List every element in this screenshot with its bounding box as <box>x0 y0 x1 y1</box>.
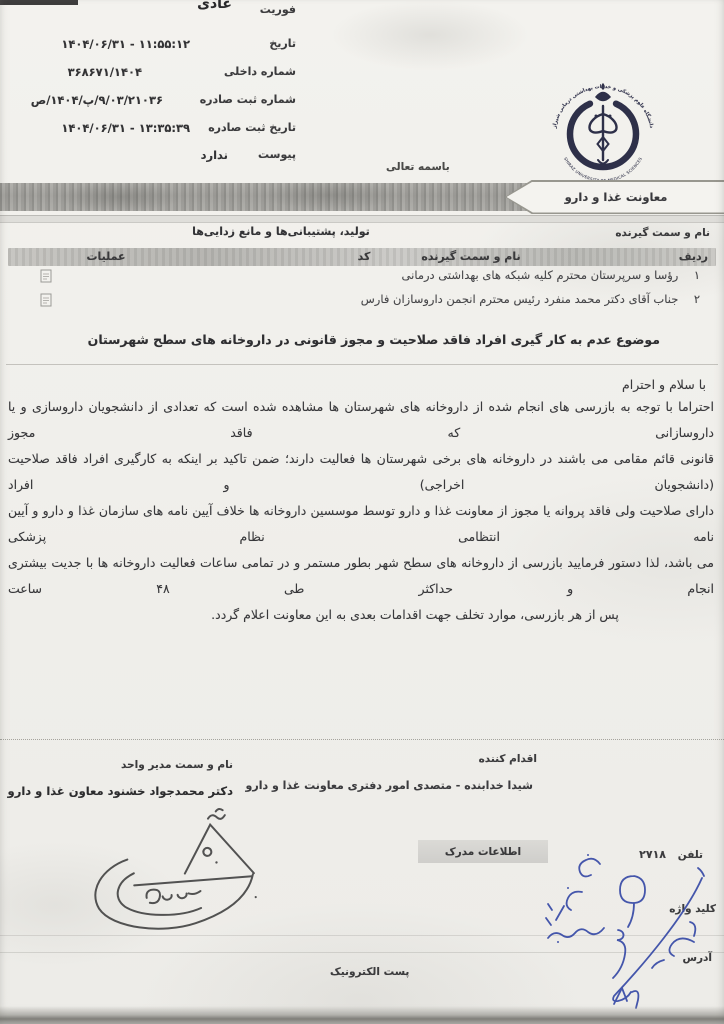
document-action-icon <box>40 269 52 283</box>
recipient-name: رؤسا و سرپرستان محترم کلیه شبکه های بهدا… <box>402 268 679 282</box>
manager-signature <box>80 805 265 951</box>
table-row: ۲ جناب آقای دکتر محمد منفرد رئیس محترم ا… <box>8 292 716 310</box>
subject-line: موضوع عدم به کار گیری افراد فاقد صلاحیت … <box>88 332 660 347</box>
recipients-table-header: ردیف نام و سمت گیرنده کد عملیات <box>8 248 716 266</box>
email-label: پست الکترونیک <box>330 966 409 978</box>
salutation: با سلام و احترام <box>622 377 706 392</box>
reg-no-label: شماره ثبت صادره <box>200 93 296 106</box>
attachment-label: پیوست <box>258 148 296 161</box>
department-banner: معاونت غذا و دارو <box>505 180 724 214</box>
besmele-text: باسمه تعالی <box>386 161 450 173</box>
letter-body: احتراما با توجه به بازرسی های انجام شده … <box>8 394 714 628</box>
col-row-header: ردیف <box>679 250 708 263</box>
subject-divider <box>6 364 718 365</box>
year-slogan: تولید، پشتیبانی‌ها و مانع زدایی‌ها <box>151 225 411 238</box>
actor-name: شیدا خدابنده - متصدی امور دفتری معاونت غ… <box>246 779 533 792</box>
internal-no-label: شماره داخلی <box>224 65 296 78</box>
body-line: دارای صلاحیت ولی فاقد پروانه یا مجوز از … <box>8 498 714 550</box>
actor-label: اقدام کننده <box>479 753 537 765</box>
recipient-section-heading: نام و سمت گیرنده <box>615 227 710 239</box>
body-line: قانونی قائم مقامی می باشند در داروخانه ه… <box>8 446 714 498</box>
urgency-label: فوریت <box>260 3 296 16</box>
col-actions-header: عملیات <box>86 250 125 263</box>
scan-bottom-edge <box>0 1006 724 1024</box>
row-index: ۱ <box>682 268 700 282</box>
body-line: می باشد، لذا دستور فرمایید بازرسی از دار… <box>8 550 714 602</box>
document-action-icon <box>40 293 52 307</box>
col-name-header: نام و سمت گیرنده <box>421 250 520 263</box>
scan-corner-artifact <box>0 0 78 5</box>
department-title: معاونت غذا و دارو <box>565 190 668 204</box>
urgency-value: عادی <box>197 0 232 13</box>
manager-name: دکتر محمدجواد خشنود معاون غذا و دارو <box>8 784 233 798</box>
handwritten-blue-annotation <box>518 842 724 1020</box>
banner-thin-bar <box>0 215 724 223</box>
recipient-name: جناب آقای دکتر محمد منفرد رئیس محترم انج… <box>361 292 679 306</box>
body-line: احتراما با توجه به بازرسی های انجام شده … <box>8 394 714 446</box>
attachment-value: ندارد <box>201 148 228 162</box>
university-seal-logo: دانشگاه علوم پزشکی و خدمات بهداشتی درمان… <box>546 74 660 188</box>
table-row: ۱ رؤسا و سرپرستان محترم کلیه شبکه های به… <box>8 268 716 286</box>
col-code-header: کد <box>358 250 371 263</box>
reg-date-value: ۱۳:۳۵:۳۹ - ۱۴۰۴/۰۶/۳۱ <box>61 121 190 135</box>
reg-date-label: تاریخ ثبت صادره <box>208 121 296 134</box>
banner-hatched-bar <box>0 183 532 211</box>
date-value: ۱۱:۵۵:۱۲ - ۱۴۰۴/۰۶/۳۱ <box>61 37 190 51</box>
seal-lamp-icon <box>596 93 610 101</box>
reg-no-value: ۹/۰۳/۲۱۰۳۶/پ/۱۴۰۴/ص <box>31 93 163 107</box>
internal-no-value: ۳۶۸۶۷۱/۱۴۰۴ <box>68 65 142 79</box>
date-label: تاریخ <box>269 37 296 50</box>
manager-label: نام و سمت مدیر واحد <box>121 759 233 771</box>
body-line: پس از هر بازرسی، موارد تخلف جهت اقدامات … <box>126 602 704 628</box>
scanned-letter-page: فوریت تاریخ شماره داخلی شماره ثبت صادره … <box>0 0 724 1024</box>
row-index: ۲ <box>682 292 700 306</box>
footer-divider <box>0 739 724 740</box>
